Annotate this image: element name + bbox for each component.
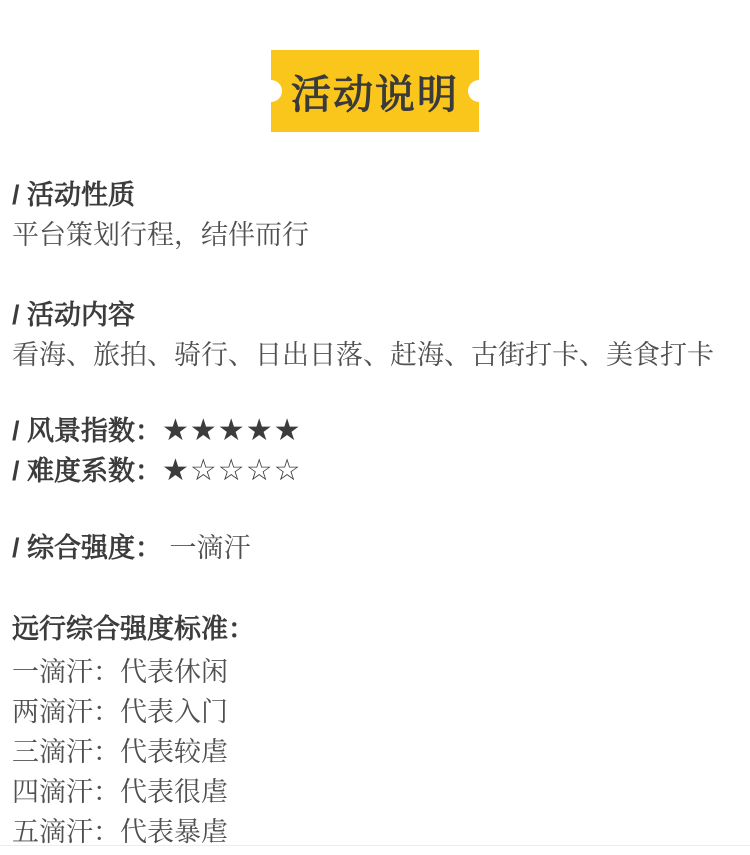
section-heading-activity-nature: / 活动性质 [12, 178, 738, 212]
section-body-activity-content: 看海、旅拍、骑行、日出日落、赶海、古街打卡、美食打卡 [12, 338, 738, 372]
badge-title: 活动说明 [291, 63, 459, 120]
scenery-rating-label: / 风景指数： [12, 412, 162, 450]
overall-intensity-line: / 综合强度： 一滴汗 [12, 530, 738, 566]
intensity-standards-list: 一滴汗：代表休闲 两滴汗：代表入门 三滴汗：代表较虐 四滴汗：代表很虐 五滴汗：… [12, 652, 738, 852]
scenery-rating-stars: ★★★★★ [162, 412, 301, 450]
section-heading-activity-content: / 活动内容 [12, 298, 738, 332]
intensity-standard-item: 三滴汗：代表较虐 [12, 732, 738, 772]
section-body-activity-nature: 平台策划行程，结伴而行 [12, 218, 738, 252]
activity-description-content: / 活动性质 平台策划行程，结伴而行 / 活动内容 看海、旅拍、骑行、日出日落、… [0, 178, 750, 852]
bottom-section-divider [0, 845, 750, 846]
intensity-standard-item: 两滴汗：代表入门 [12, 692, 738, 732]
scenery-rating-line: / 风景指数： ★★★★★ [12, 412, 738, 450]
overall-intensity-value: 一滴汗 [170, 533, 251, 563]
overall-intensity-label: / 综合强度： [12, 533, 162, 563]
difficulty-rating-line: / 难度系数： ★☆☆☆☆ [12, 452, 738, 490]
difficulty-rating-label: / 难度系数： [12, 452, 162, 490]
intensity-standards-heading: 远行综合强度标准： [12, 612, 738, 646]
intensity-standard-item: 四滴汗：代表很虐 [12, 772, 738, 812]
difficulty-rating-stars: ★☆☆☆☆ [162, 452, 301, 490]
intensity-standard-item: 五滴汗：代表暴虐 [12, 812, 738, 852]
activity-title-badge: 活动说明 [271, 50, 479, 132]
intensity-standard-item: 一滴汗：代表休闲 [12, 652, 738, 692]
